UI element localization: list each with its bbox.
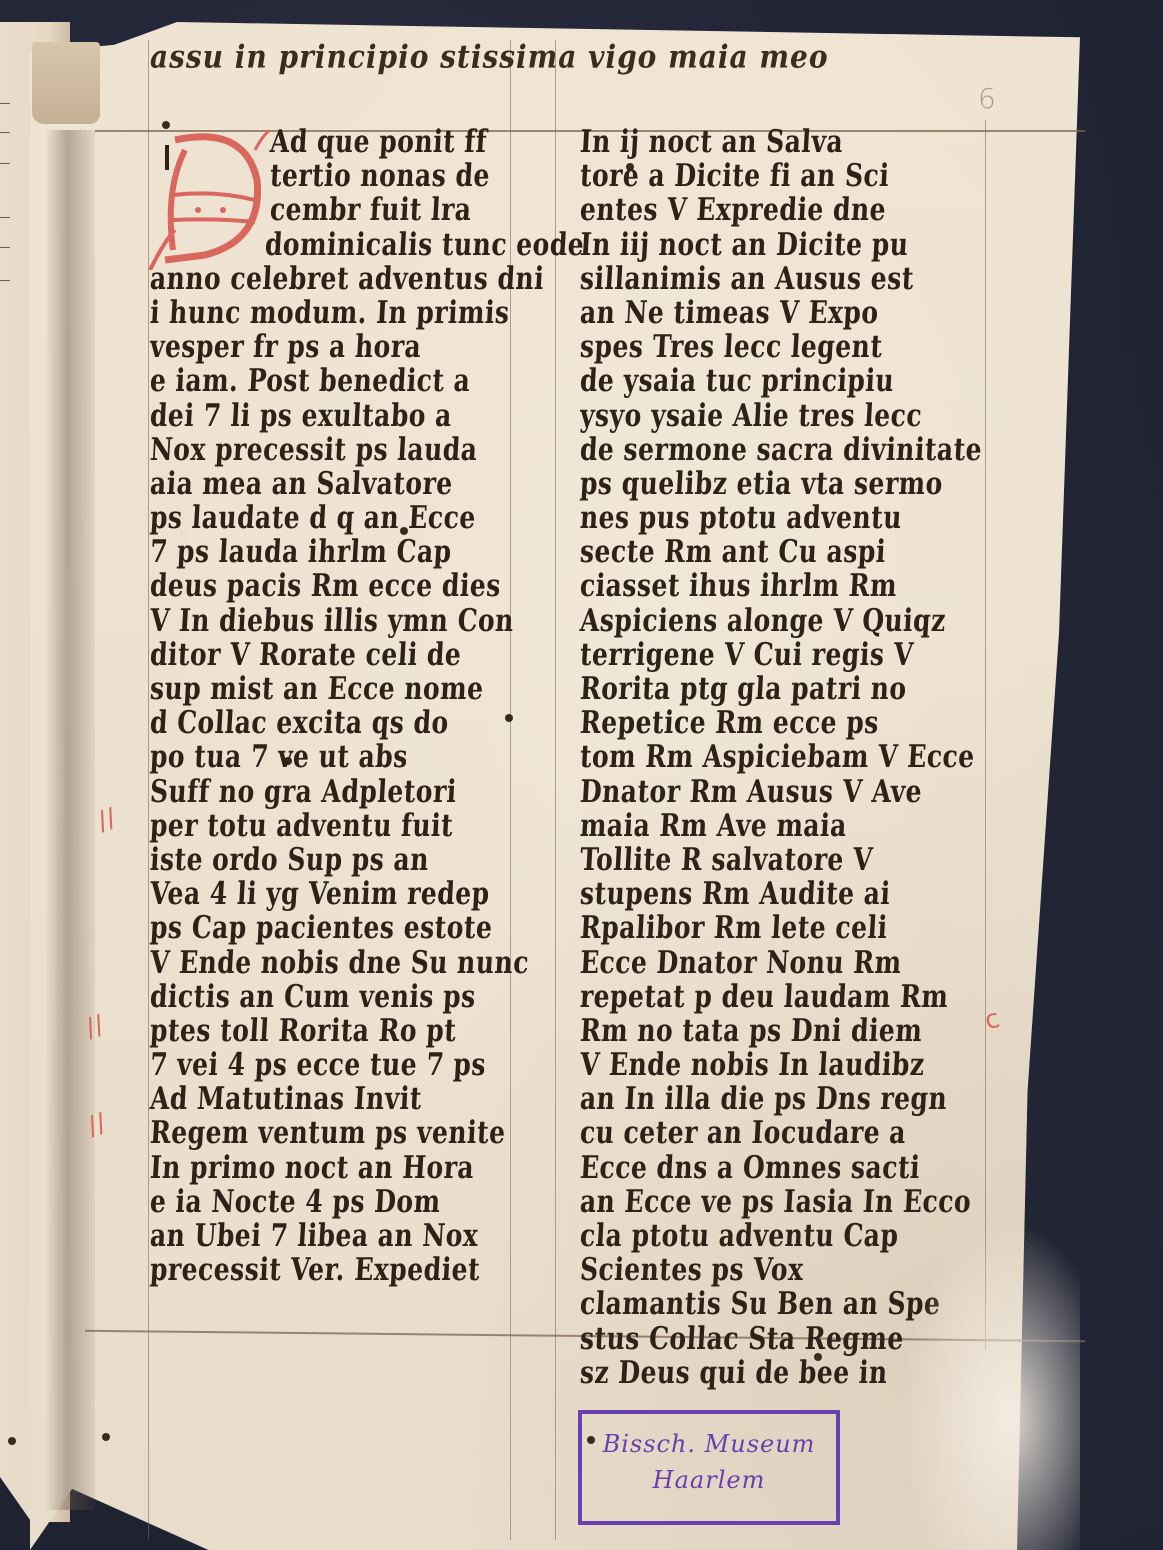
stamp-line-1: Bissch. Museum [582, 1430, 836, 1458]
gutter-shadow [45, 130, 95, 1510]
header-text-line: assu in principio stissima vigo maia meo [150, 38, 890, 76]
right-margin-rule [985, 120, 986, 1350]
left-text-column: Ad que ponit ff tertio nonas de cembr fu… [150, 125, 525, 1287]
pricking-hole [102, 1433, 110, 1441]
stamp-line-2: Haarlem [582, 1466, 836, 1494]
folio-number: 6 [978, 82, 996, 115]
text-line: precessit Ver. Expediet [149, 1249, 526, 1292]
parchment-wear-patch [900, 1220, 1080, 1550]
museum-stamp: Bissch. Museum Haarlem [578, 1410, 840, 1525]
pricking-hole [8, 1437, 16, 1445]
folded-tab [32, 42, 100, 124]
right-text-column: In ij noct an Salva tore a Dicite fi an … [580, 125, 980, 1390]
